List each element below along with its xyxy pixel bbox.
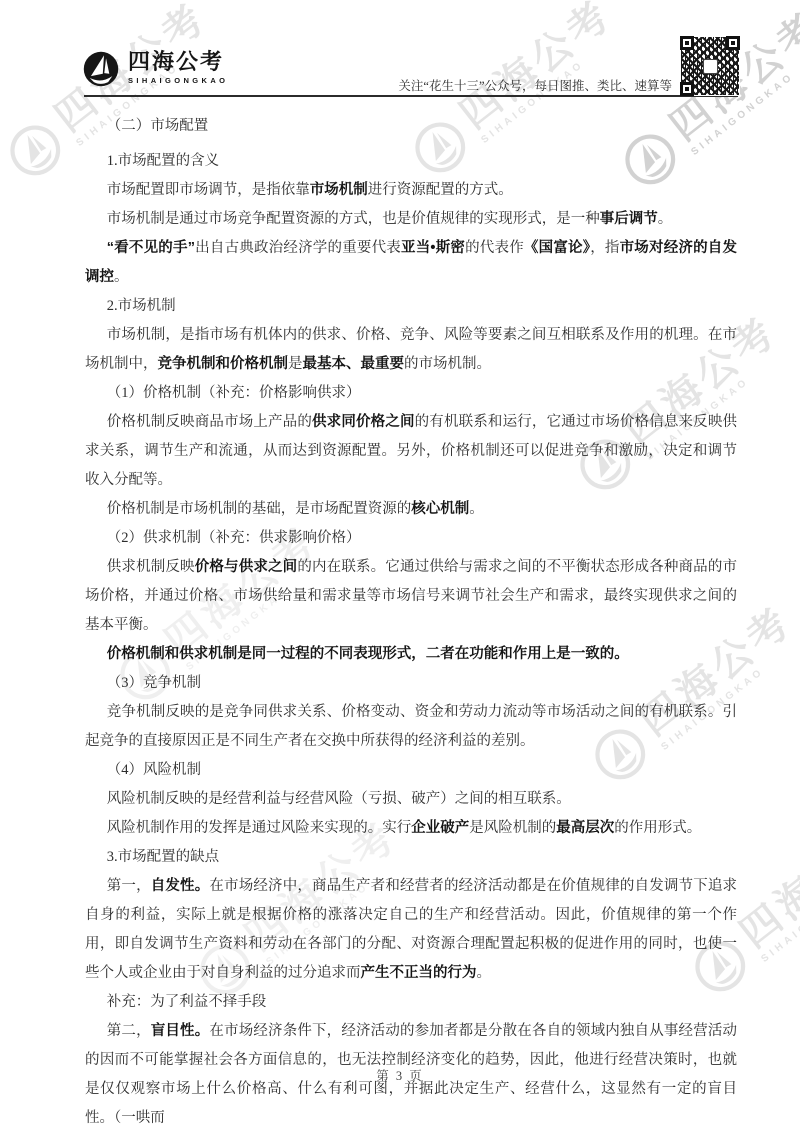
paragraph: 市场机制是通过市场竞争配置资源的方式，也是价值规律的实现形式，是一种事后调节。 xyxy=(85,205,737,234)
text-run: 供求机制反映 xyxy=(107,559,195,575)
text-run: 的作用形式。 xyxy=(614,820,701,836)
header-divider xyxy=(84,95,738,97)
paragraph: 风险机制作用的发挥是通过风险来实现的。实行企业破产是风险机制的最高层次的作用形式… xyxy=(85,814,737,843)
sub-heading: （1）价格机制（补充：价格影响供求） xyxy=(85,379,737,408)
text-run: （3）竞争机制 xyxy=(107,675,201,691)
text-run: 进行资源配置的方式。 xyxy=(368,182,513,198)
text-run-bold: 盲目性。 xyxy=(151,1023,210,1039)
brand-name: 四海公考 xyxy=(128,50,228,74)
sailboat-logo-icon xyxy=(82,50,120,88)
watermark-text: 四海公考 xyxy=(732,810,800,955)
qr-finder-icon xyxy=(680,36,694,50)
text-run: 补充：为了利益不择手段 xyxy=(107,994,267,1010)
text-run: 。 xyxy=(469,501,484,517)
sub-heading: 2.市场机制 xyxy=(85,292,737,321)
qr-center-logo xyxy=(703,59,718,74)
paragraph: “看不见的手”出自古典政治经济学的重要代表亚当•斯密的代表作《国富论》，指市场对… xyxy=(85,234,737,292)
paragraph: 价格机制和供求机制是同一过程的不同表现形式，二者在功能和作用上是一致的。 xyxy=(85,640,737,669)
brand-logo: 四海公考 SIHAIGONGKAO xyxy=(82,50,228,88)
text-run: 出自古典政治经济学的重要代表 xyxy=(195,240,401,256)
sub-heading: （4）风险机制 xyxy=(85,756,737,785)
sub-heading: 1.市场配置的含义 xyxy=(85,147,737,176)
text-run-bold: 亚当•斯密 xyxy=(401,240,465,256)
paragraph: 价格机制是市场机制的基础，是市场配置资源的核心机制。 xyxy=(85,495,737,524)
text-run: 竞争机制反映的是竞争同供求关系、价格变动、资金和劳动力流动等市场活动之间的有机联… xyxy=(85,704,737,749)
text-run: 。 xyxy=(114,269,129,285)
paragraph: 供求机制反映价格与供求之间的内在联系。它通过供给与需求之间的不平衡状态形成各种商… xyxy=(85,553,737,640)
text-run: 是风险机制的 xyxy=(469,820,556,836)
paragraph: 价格机制反映商品市场上产品的供求同价格之间的有机联系和运行，它通过市场价格信息来… xyxy=(85,408,737,495)
text-run-bold: 最高层次 xyxy=(556,820,614,836)
qr-code xyxy=(680,36,740,96)
paragraph: 风险机制反映的是经营利益与经营风险（亏损、破产）之间的相互联系。 xyxy=(85,785,737,814)
text-run: （2）供求机制（补充：供求影响价格） xyxy=(107,530,361,546)
text-run: 。 xyxy=(658,211,673,227)
header-tagline: 关注“花生十三”公众号，每日图推、类比、速算等 xyxy=(398,76,672,94)
text-run: 的市场机制。 xyxy=(404,356,491,372)
text-run-bold: 竞争机制和价格机制 xyxy=(158,356,289,372)
paragraph: 竞争机制反映的是竞争同供求关系、价格变动、资金和劳动力流动等市场活动之间的有机联… xyxy=(85,698,737,756)
text-run: （4）风险机制 xyxy=(107,762,201,778)
page-number: 第 3 页 xyxy=(0,1066,800,1084)
text-run-bold: “看不见的手” xyxy=(107,240,195,256)
text-run-bold: 供求同价格之间 xyxy=(312,414,415,430)
text-run: 1.市场配置的含义 xyxy=(107,153,219,169)
text-run: 第一， xyxy=(107,878,151,894)
text-run-bold: 企业破产 xyxy=(411,820,469,836)
text-run-bold: 价格机制和供求机制是同一过程的不同表现形式，二者在功能和作用上是一致的。 xyxy=(107,646,629,662)
paragraph: 补充：为了利益不择手段 xyxy=(85,988,737,1017)
text-run: （1）价格机制（补充：价格影响供求） xyxy=(107,385,361,401)
text-run: 价格机制是市场机制的基础，是市场配置资源的 xyxy=(107,501,412,517)
text-run: 价格机制反映商品市场上产品的 xyxy=(107,414,312,430)
text-run-bold: 市场机制 xyxy=(310,182,368,198)
text-run: ，指 xyxy=(590,240,619,256)
qr-finder-icon xyxy=(680,82,694,96)
section-heading: （二）市场配置 xyxy=(85,112,737,141)
qr-finder-icon xyxy=(726,36,740,50)
text-run: （二）市场配置 xyxy=(107,118,209,134)
brand-latin: SIHAIGONGKAO xyxy=(128,76,228,85)
document-body: （二）市场配置 1.市场配置的含义 市场配置即市场调节，是指依靠市场机制进行资源… xyxy=(85,112,737,1132)
text-run: 2.市场机制 xyxy=(107,298,176,314)
text-run-bold: 《国富论》 xyxy=(524,240,590,256)
sailboat-logo-icon xyxy=(0,112,73,188)
paragraph: 第一，自发性。在市场经济中，商品生产者和经营者的经济活动都是在价值规律的自发调节… xyxy=(85,872,737,988)
sub-heading: （3）竞争机制 xyxy=(85,669,737,698)
text-run: 3.市场配置的缺点 xyxy=(107,849,219,865)
sub-heading: （2）供求机制（补充：供求影响价格） xyxy=(85,524,737,553)
text-run: 风险机制作用的发挥是通过风险来实现的。实行 xyxy=(107,820,412,836)
text-run: 市场配置即市场调节，是指依靠 xyxy=(107,182,310,198)
text-run-bold: 产生不正当的行为 xyxy=(361,965,477,981)
paragraph: 市场机制，是指市场有机体内的供求、价格、竞争、风险等要素之间互相联系及作用的机理… xyxy=(85,321,737,379)
text-run-bold: 事后调节 xyxy=(600,211,658,227)
sub-heading: 3.市场配置的缺点 xyxy=(85,843,737,872)
paragraph: 市场配置即市场调节，是指依靠市场机制进行资源配置的方式。 xyxy=(85,176,737,205)
text-run: 第二， xyxy=(107,1023,151,1039)
text-run: 的代表作 xyxy=(465,240,524,256)
text-run: 是 xyxy=(288,356,303,372)
text-run: 风险机制反映的是经营利益与经营风险（亏损、破产）之间的相互联系。 xyxy=(107,791,571,807)
text-run-bold: 最基本、最重要 xyxy=(303,356,405,372)
text-run: 。 xyxy=(477,965,492,981)
text-run: 市场机制是通过市场竞争配置资源的方式，也是价值规律的实现形式，是一种 xyxy=(107,211,600,227)
watermark-latin: SIHAIGONGKAO xyxy=(760,846,800,965)
text-run-bold: 价格与供求之间 xyxy=(195,559,298,575)
text-run-bold: 自发性。 xyxy=(151,878,210,894)
text-run-bold: 核心机制 xyxy=(411,501,469,517)
